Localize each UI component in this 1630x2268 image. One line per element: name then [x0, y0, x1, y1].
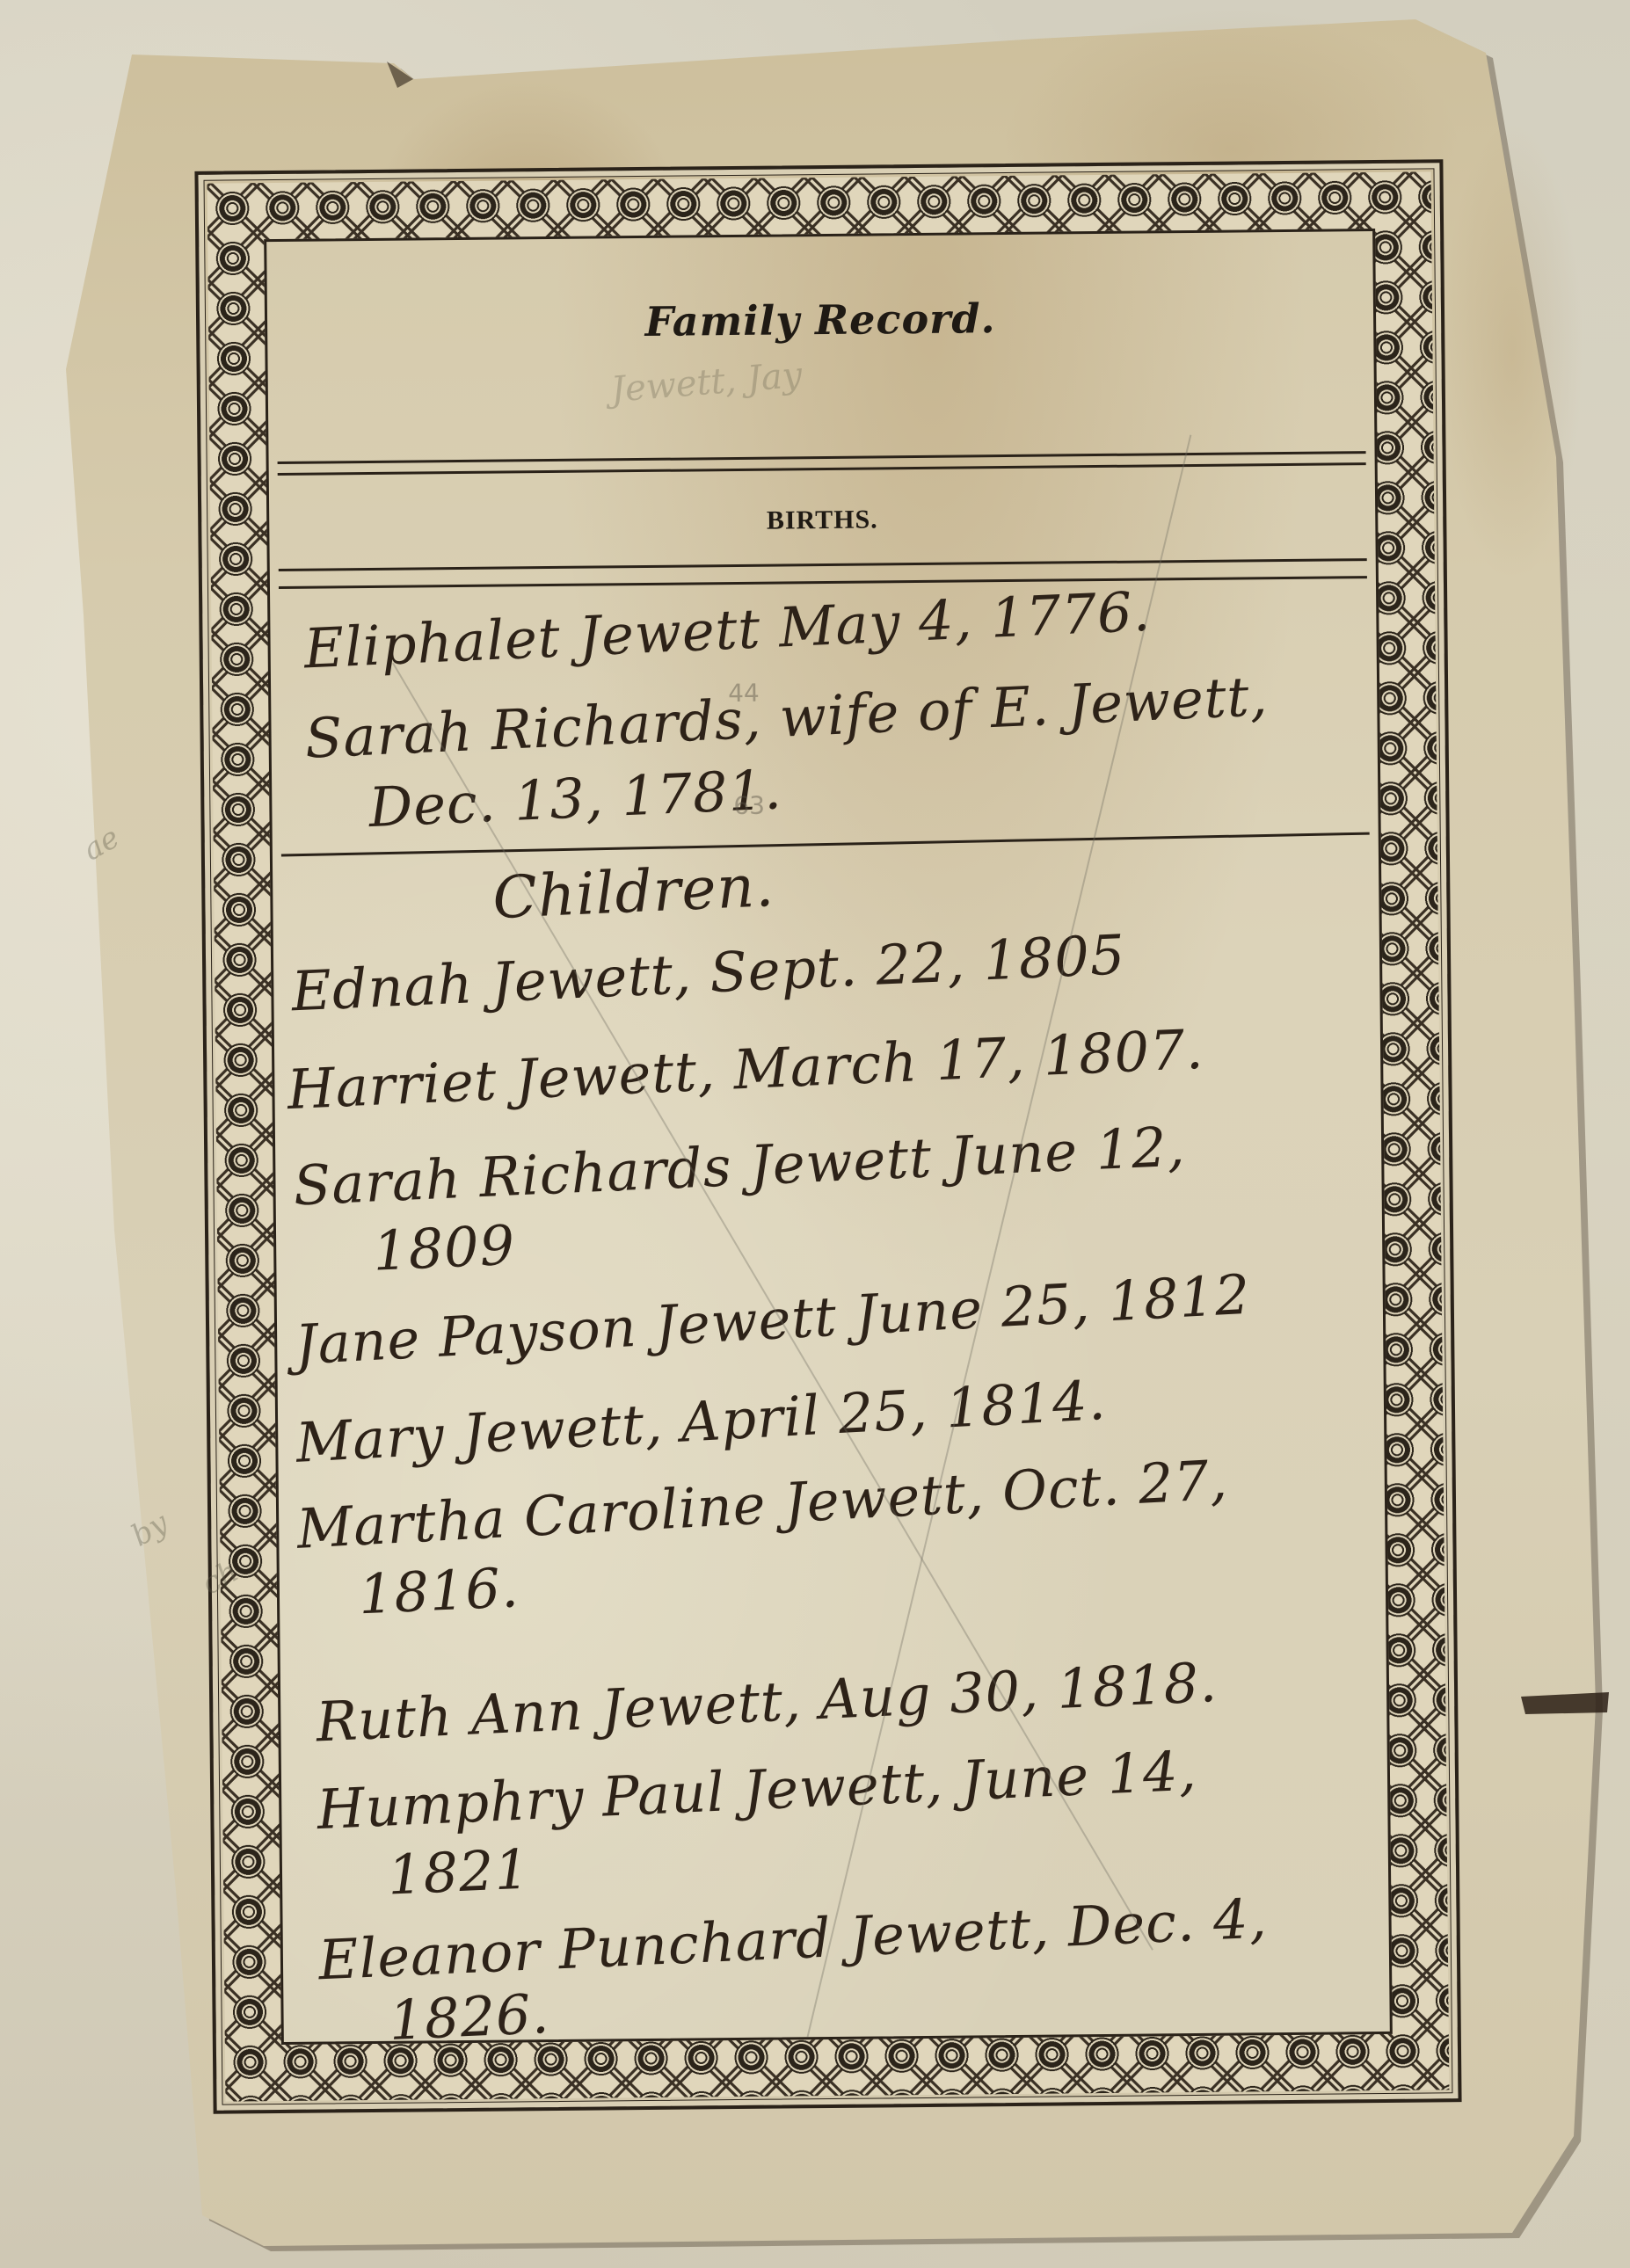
entry-child-7: Ruth Ann Jewett, Aug 30, 1818.: [315, 1650, 1219, 1755]
entry-child-6-year: 1816.: [357, 1555, 520, 1626]
entry-child-9-year: 1826.: [388, 1981, 551, 2045]
entry-child-8: Humphry Paul Jewett, June 14,: [316, 1739, 1198, 1842]
heading-divider-2: [279, 576, 1367, 589]
pencil-annotation: Jewett, Jay: [609, 355, 804, 411]
printed-frame: Family Record. Jewett, Jay BIRTHS. Eliph…: [194, 159, 1461, 2114]
pencil-number-63: 63: [733, 791, 765, 820]
record-panel: Family Record. Jewett, Jay BIRTHS. Eliph…: [264, 229, 1393, 2045]
entry-child-2: Harriet Jewett, March 17, 1807.: [286, 1017, 1204, 1122]
children-heading: Children.: [491, 852, 776, 932]
entry-parent-father: Eliphalet Jewett May 4, 1776.: [302, 579, 1152, 681]
entry-parent-mother-date: Dec. 13, 1781.: [367, 757, 783, 840]
entry-child-3: Sarah Richards Jewett June 12,: [292, 1114, 1186, 1218]
entry-child-5: Mary Jewett, April 25, 1814.: [295, 1368, 1108, 1475]
entry-child-3-year: 1809: [372, 1213, 517, 1283]
heading-divider: [279, 558, 1367, 571]
pencil-number-44: 44: [728, 679, 760, 708]
entry-child-8-year: 1821: [386, 1837, 531, 1908]
title-divider: [278, 451, 1366, 476]
entry-child-1: Ednah Jewett, Sept. 22, 1805: [290, 922, 1127, 1023]
section-heading-births: BIRTHS.: [269, 500, 1375, 541]
page-title: Family Record.: [267, 291, 1373, 349]
